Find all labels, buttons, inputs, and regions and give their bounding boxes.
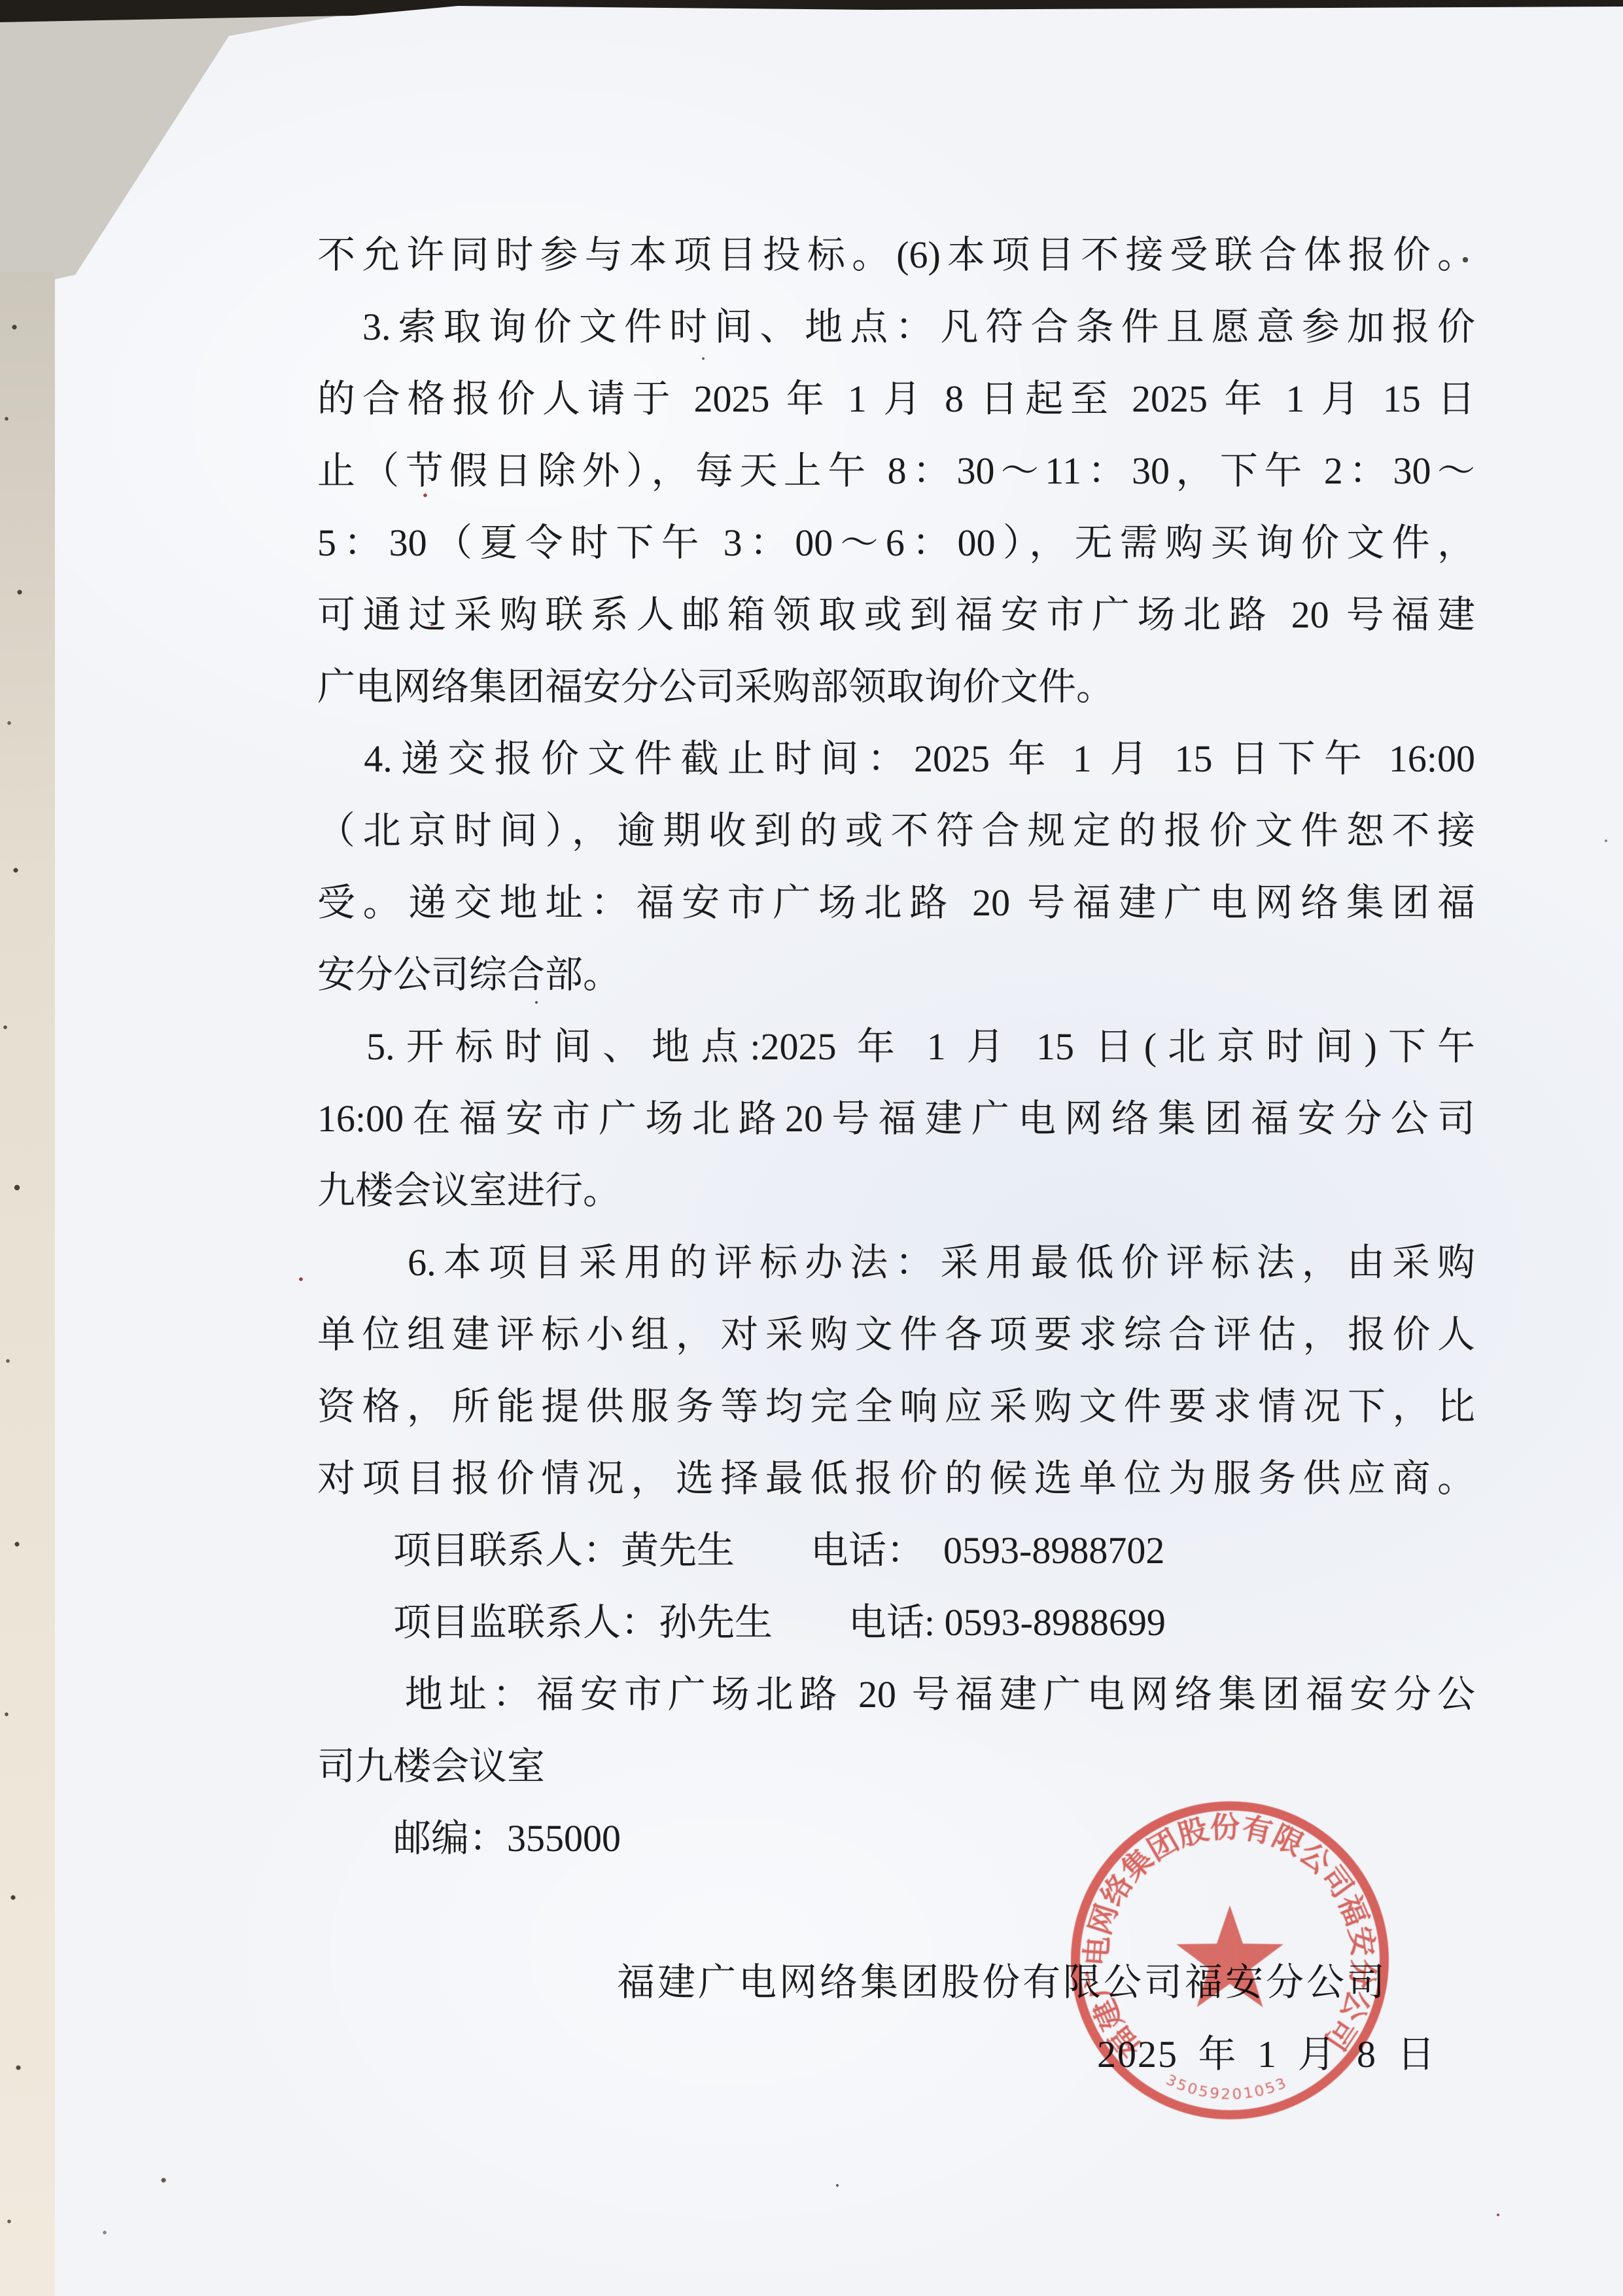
body-line: 6.本项目采用的评标办法：采用最低价评标法，由采购 [317, 1227, 1475, 1299]
contact-line: 项目联系人：黄先生 电话： 0593-8988702 [317, 1515, 1475, 1587]
svg-text:35059201053: 35059201053 [1163, 2072, 1290, 2103]
body-line: 九楼会议室进行。 [317, 1155, 1475, 1227]
body-line: 资格，所能提供服务等均完全响应采购文件要求情况下，比 [317, 1371, 1475, 1443]
body-line: 安分公司综合部。 [317, 939, 1475, 1011]
body-line: 可通过采购联系人邮箱领取或到福安市广场北路 20 号福建 [317, 579, 1475, 651]
body-line: 受。递交地址：福安市广场北路 20 号福建广电网络集团福 [317, 867, 1475, 939]
body-line: 不允许同时参与本项目投标。(6)本项目不接受联合体报价。 [317, 219, 1475, 291]
seal-serial-number: 35059201053 [1163, 2072, 1290, 2103]
body-line: 单位组建评标小组，对采购文件各项要求综合评估，报价人 [317, 1299, 1475, 1371]
scanner-corner-shadow [0, 0, 366, 308]
body-line: 4.递交报价文件截止时间：2025 年 1 月 15 日下午 16:00 [317, 723, 1475, 795]
body-line: 广电网络集团福安分公司采购部领取询价文件。 [317, 651, 1475, 723]
body-line: 止（节假日除外），每天上午 8：30～11：30，下午 2：30～ [317, 435, 1475, 507]
scanned-page: 不允许同时参与本项目投标。(6)本项目不接受联合体报价。 3.索取询价文件时间、… [0, 0, 1623, 2296]
scanner-edge-left [0, 272, 55, 2296]
body-line: 的合格报价人请于 2025 年 1 月 8 日起至 2025 年 1 月 15 … [317, 363, 1475, 435]
official-seal: 福建广电网络集团股份有限公司福安分公司 35059201053 [1066, 1797, 1393, 2124]
body-line: 3.索取询价文件时间、地点：凡符合条件且愿意参加报价 [317, 291, 1475, 363]
body-line: 5.开标时间、地点:2025 年 1 月 15 日(北京时间)下午 [317, 1011, 1475, 1083]
body-line: 5：30（夏令时下午 3：00～6：00），无需购买询价文件， [317, 507, 1475, 579]
contact-line: 司九楼会议室 [317, 1731, 1475, 1803]
body-line: 16:00在福安市广场北路20号福建广电网络集团福安分公司 [317, 1083, 1475, 1155]
contact-line: 地址：福安市广场北路 20 号福建广电网络集团福安分公 [317, 1659, 1475, 1731]
contact-line: 项目监联系人：孙先生 电话: 0593-8988699 [317, 1587, 1475, 1659]
body-line: 对项目报价情况，选择最低报价的候选单位为服务供应商。 [317, 1443, 1475, 1515]
seal-star-icon [1176, 1905, 1283, 2007]
body-line: （北京时间），逾期收到的或不符合规定的报价文件恕不接 [317, 795, 1475, 867]
